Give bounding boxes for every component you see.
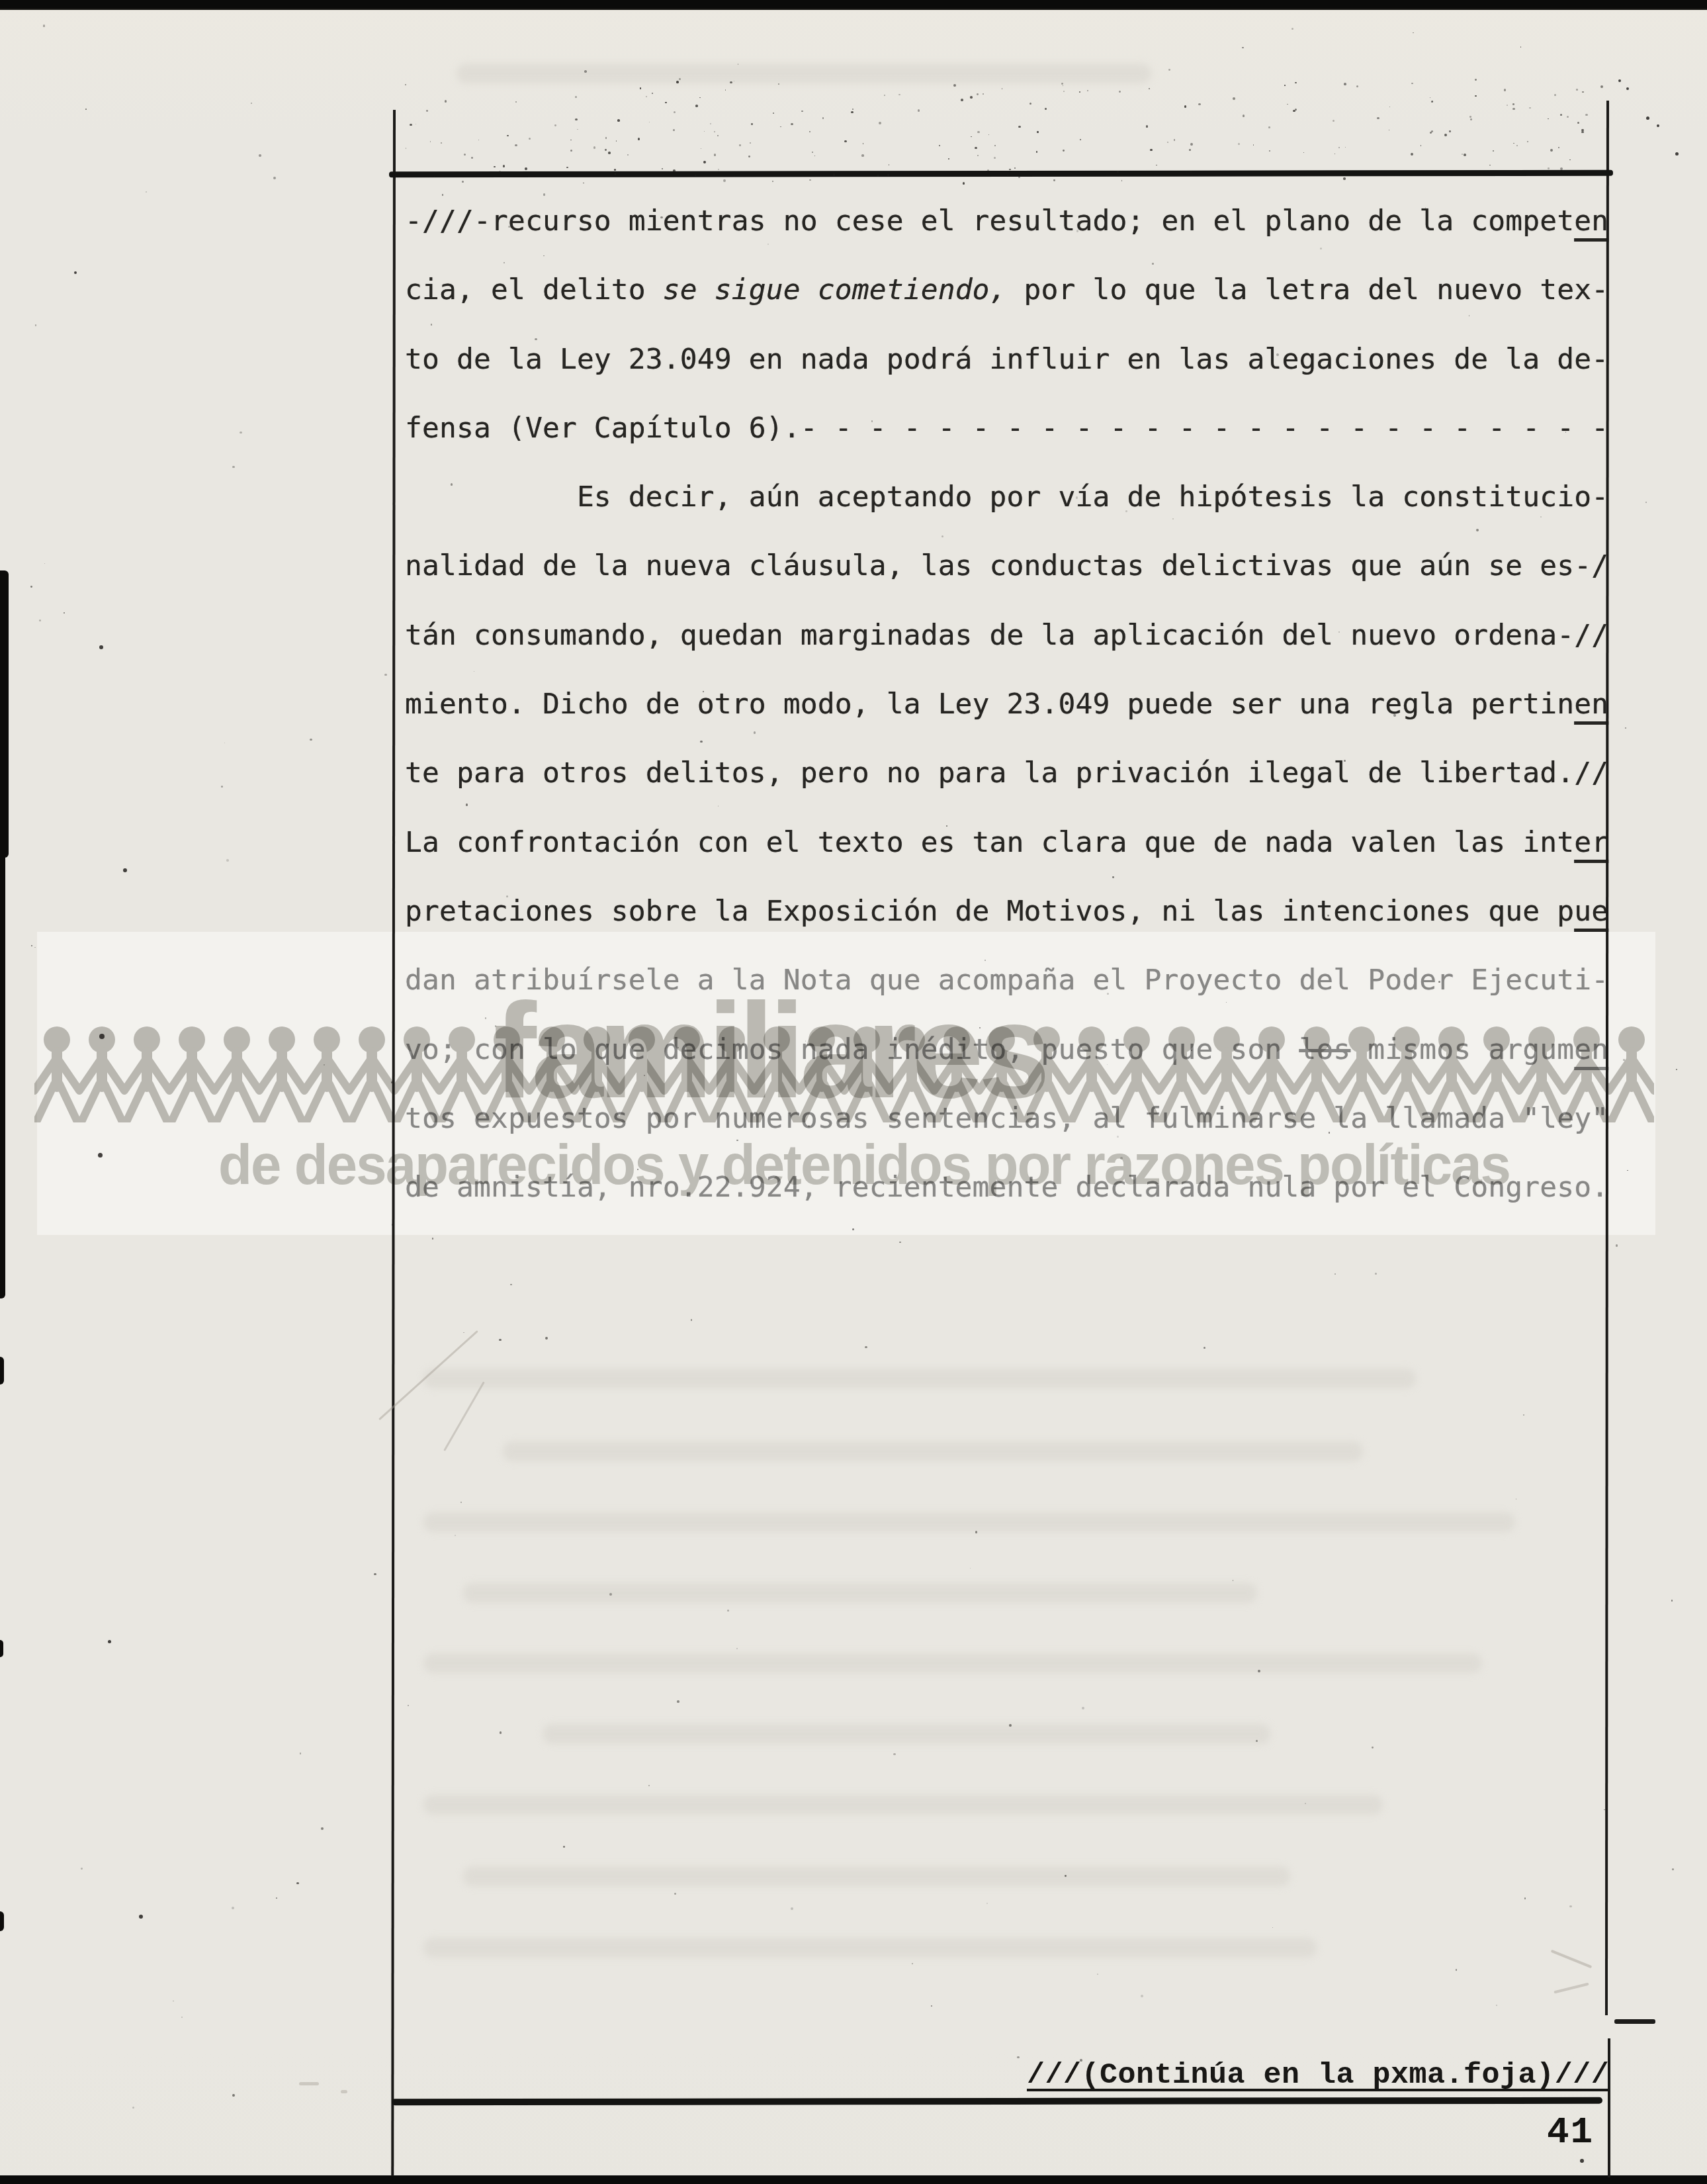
top-rule xyxy=(389,170,1613,178)
paper-doll-figure-icon xyxy=(1249,1023,1294,1122)
photocopy-left-edge-smudge xyxy=(0,570,9,858)
paper-doll-figure-icon xyxy=(1204,1023,1249,1122)
photocopy-top-edge xyxy=(0,0,1707,10)
typewritten-line-5: Es decir, aún aceptando por vía de hipót… xyxy=(405,463,1636,531)
paper-doll-figure-icon xyxy=(1564,1023,1609,1122)
paper-doll-figure-icon xyxy=(1429,1023,1474,1122)
ghost-line xyxy=(423,1512,1515,1532)
right-margin-dash xyxy=(1614,2019,1655,2024)
paper-doll-figure-icon xyxy=(124,1023,169,1122)
pencil-scribble xyxy=(1551,1950,1593,1968)
paper-doll-figure-icon xyxy=(169,1023,214,1122)
ghost-line xyxy=(423,1795,1383,1815)
paper-doll-figure-icon xyxy=(1114,1023,1159,1122)
typewritten-line-8: miento. Dicho de otro modo, la Ley 23.04… xyxy=(405,670,1636,739)
photocopy-left-edge-smudge xyxy=(0,1911,4,1931)
typewritten-line-4: fensa (Ver Capítulo 6).- - - - - - - - -… xyxy=(405,394,1636,463)
photocopy-left-edge-smudge xyxy=(0,1640,3,1657)
pencil-scribble xyxy=(299,2082,319,2085)
watermark-subtitle: de desaparecidos y detenidos por razones… xyxy=(218,1133,1510,1197)
pencil-scribble xyxy=(443,1381,485,1451)
paper-doll-figure-icon xyxy=(1069,1023,1114,1122)
typewritten-line-7: tán consumando, quedan marginadas de la … xyxy=(405,601,1636,670)
page-number: 41 xyxy=(1547,2113,1594,2152)
paper-doll-figure-icon xyxy=(439,1023,484,1122)
ghost-line xyxy=(463,1583,1257,1603)
typewritten-line-6: nalidad de la nueva cláusula, las conduc… xyxy=(405,531,1636,600)
photocopy-left-edge-smudge xyxy=(0,1357,4,1385)
watermark-title: familiares xyxy=(494,972,1045,1130)
paper-doll-figure-icon xyxy=(1339,1023,1384,1122)
paper-doll-figure-icon xyxy=(34,1023,79,1122)
paper-doll-figure-icon xyxy=(1384,1023,1429,1122)
bottom-rule xyxy=(392,2097,1602,2106)
paper-doll-figure-icon xyxy=(1609,1023,1654,1122)
typewritten-line-3: to de la Ley 23.049 en nada podrá influi… xyxy=(405,325,1636,394)
paper-doll-figure-icon xyxy=(349,1023,394,1122)
pencil-scribble xyxy=(341,2090,347,2093)
ghost-line xyxy=(423,1938,1317,1958)
typewritten-line-2: cia, el delito se sigue cometiendo, por … xyxy=(405,255,1636,324)
ghost-line xyxy=(503,1441,1363,1461)
ghost-line xyxy=(543,1724,1270,1744)
typewritten-line-10: La confrontación con el texto es tan cla… xyxy=(405,808,1636,877)
typewritten-line-1: -///-recurso mientras no cese el resulta… xyxy=(405,187,1636,255)
scanned-legal-document-page: -///-recurso mientras no cese el resulta… xyxy=(0,0,1707,2184)
paper-doll-figure-icon xyxy=(1474,1023,1519,1122)
ghost-line xyxy=(423,1369,1416,1388)
ghost-line xyxy=(423,1653,1482,1673)
paper-doll-figure-icon xyxy=(1519,1023,1564,1122)
photocopy-bottom-edge xyxy=(0,2175,1707,2184)
paper-doll-figure-icon xyxy=(394,1023,439,1122)
paper-doll-figure-icon xyxy=(1159,1023,1204,1122)
pencil-scribble xyxy=(1554,1983,1589,1994)
paper-doll-figure-icon xyxy=(304,1023,349,1122)
typewritten-line-9: te para otros delitos, pero no para la p… xyxy=(405,739,1636,807)
paper-doll-figure-icon xyxy=(1294,1023,1339,1122)
ghost-line xyxy=(457,64,1151,83)
photocopy-left-edge-smudge xyxy=(0,854,5,1298)
ghost-line xyxy=(463,1866,1290,1886)
paper-doll-figure-icon xyxy=(214,1023,259,1122)
paper-doll-figure-icon xyxy=(259,1023,304,1122)
continuation-note: ///(Continúa en la pxma.foja)/// xyxy=(1027,2057,1609,2094)
